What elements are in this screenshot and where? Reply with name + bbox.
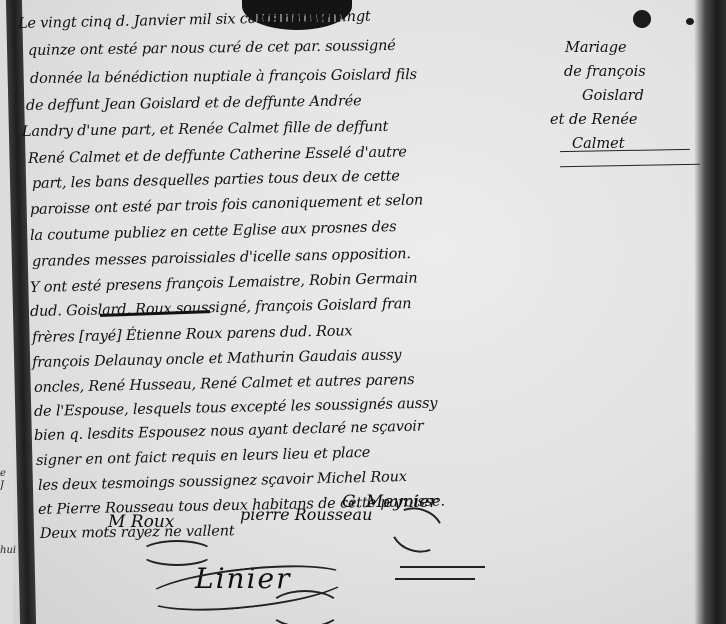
entry-line: paroisse ont esté par trois fois canoniq… [30,192,423,218]
entry-line: oncles, René Husseau, René Calmet et aut… [34,372,415,396]
scrap-fragment: e [0,468,6,479]
signature-roux: M Roux [108,512,174,532]
entry-line: René Calmet et de deffunte Catherine Ess… [28,144,407,167]
entry-line: bien q. lesdits Espousez nous ayant decl… [34,418,424,444]
scrap-fragment: hui [0,545,16,556]
signature-underline [395,578,475,580]
margin-rule [560,164,700,167]
entry-line: la coutume publiez en cette Eglise aux p… [30,219,397,244]
margin-note-line: Mariage [565,40,627,56]
entry-line: de deffunt Jean Goislard et de deffunte … [26,93,362,114]
entry-line: dud. Goislard, Roux soussigné, françois … [30,296,412,320]
signature-pierre-rousseau: pierre Rousseau [240,505,372,524]
signature-underline [400,566,485,568]
ink-blot [686,18,694,25]
entry-line: françois Delaunay oncle et Mathurin Gaud… [32,347,402,371]
margin-note-line: et de Renée [550,112,638,128]
entry-line: de l'Espouse, lesquels tous excepté les … [34,396,438,420]
entry-line: Landry d'une part, et Renée Calmet fille… [22,119,388,140]
entry-line: Le vingt cinq d. Janvier mil six cents q… [18,9,371,32]
signature-flourish [268,590,342,624]
entry-line: Y ont esté presens françois Lemaistre, R… [30,271,418,296]
entry-line: grandes messes paroissiales d'icelle san… [32,246,411,270]
scrap-fragment: J [0,480,4,491]
ink-blot [633,10,651,28]
entry-line: signer en ont faict requis en leurs lieu… [36,445,371,469]
entry-line: donnée la bénédiction nuptiale à françoi… [30,67,417,87]
margin-note-line: Goislard [582,88,644,104]
entry-line: frères [rayé] Étienne Roux parens dud. R… [32,323,353,346]
register-page: e J hui Le vingt cinq d. Janvier mil six… [0,0,726,624]
entry-line: part, les bans desquelles parties tous d… [32,168,400,192]
book-binding-right [694,0,726,624]
entry-line: quinze ont esté par nous curé de cet par… [28,38,396,59]
entry-line: les deux tesmoings soussignez sçavoir Mi… [38,469,407,494]
signature-flourish [140,540,214,566]
margin-note-line: de françois [564,64,646,80]
